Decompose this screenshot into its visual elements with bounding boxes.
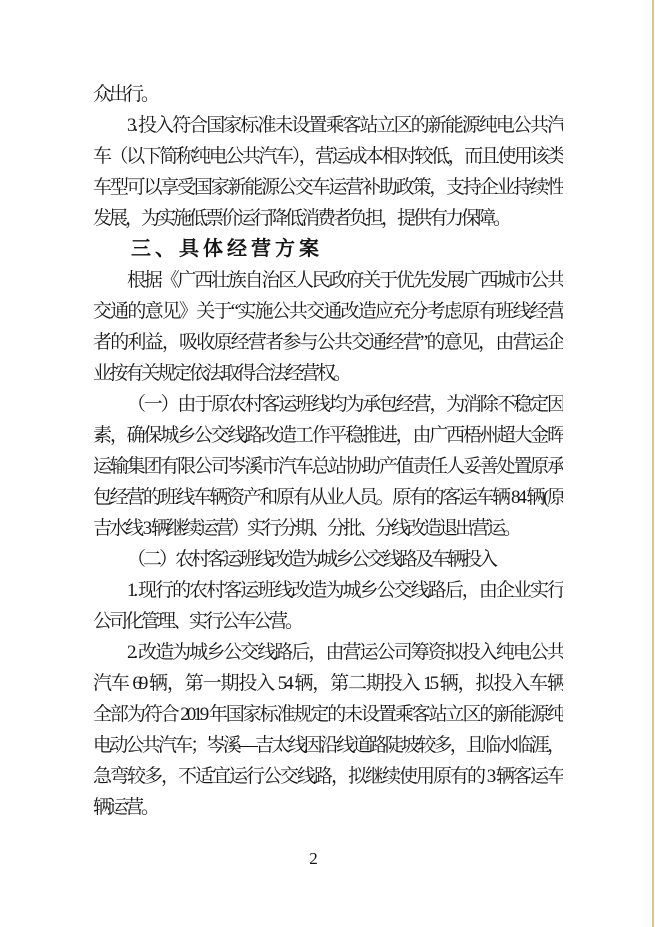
text-line: 公司化管理、实行公车公营。 bbox=[93, 606, 563, 637]
text-line: 车型可以享受国家新能源公交车运营补助政策，支持企业持续性 bbox=[93, 172, 563, 203]
text-line: （一）由于原农村客运班线均为承包经营，为消除不稳定因 bbox=[93, 389, 563, 420]
text-line: 者的利益，吸收原经营者参与公共交通经营”的意见，由营运企 bbox=[93, 327, 563, 358]
text-line: 电动公共汽车；岑溪—吉太线因沿线道路陡坡较多，且临水临涯， bbox=[93, 730, 563, 761]
text-line: 交通的意见》关于“实施公共交通改造应充分考虑原有班线经营 bbox=[93, 296, 563, 327]
text-line: 吉水线 3 辆继续运营）实行分期、分批、分线改造退出营运。 bbox=[93, 513, 563, 544]
text-line: 辆运营。 bbox=[93, 792, 563, 823]
text-line: 运输集团有限公司岑溪市汽车总站协助产值责任人妥善处置原承 bbox=[93, 451, 563, 482]
text-line: （二）农村客运班线改造为城乡公交线路及车辆投入 bbox=[93, 544, 563, 575]
text-line: 2. 改造为城乡公交线路后，由营运公司筹资拟投入纯电公共 bbox=[93, 637, 563, 668]
text-line: 车（以下简称纯电公共汽车），营运成本相对较低，而且使用该类 bbox=[93, 141, 563, 172]
text-line: 众出行。 bbox=[93, 79, 563, 110]
text-line: 全部为符合 2019 年国家标准规定的未设置乘客站立区的新能源纯 bbox=[93, 699, 563, 730]
text-line: 1. 现行的农村客运班线改造为城乡公交线路后，由企业实行 bbox=[93, 575, 563, 606]
page-edge-line bbox=[652, 0, 654, 927]
text-line: 汽车 69 辆，第一期投入 54 辆，第二期投入 15 辆，拟投入车辆 bbox=[93, 668, 563, 699]
text-line: 发展，为实施低票价运行降低消费者负担，提供有力保障。 bbox=[93, 203, 563, 234]
text-line: 包经营的班线车辆资产和原有从业人员。原有的客运车辆 84 辆(原 bbox=[93, 482, 563, 513]
section-heading: 三、具体经营方案 bbox=[93, 234, 563, 265]
page-number: 2 bbox=[0, 849, 627, 869]
text-line: 急弯较多，不适宜运行公交线路，拟继续使用原有的 3 辆客运车 bbox=[93, 761, 563, 792]
document-page: { "page": { "number": "2", "background_c… bbox=[0, 0, 655, 927]
text-line: 业按有关规定依法取得合法经营权。 bbox=[93, 358, 563, 389]
text-line: 根据《广西壮族自治区人民政府关于优先发展广西城市公共 bbox=[93, 265, 563, 296]
text-line: 素，确保城乡公交线路改造工作平稳推进，由广西梧州超大金晖 bbox=[93, 420, 563, 451]
text-line: 3. 投入符合国家标准未设置乘客站立区的新能源纯电公共汽 bbox=[93, 110, 563, 141]
document-body: 众出行。3. 投入符合国家标准未设置乘客站立区的新能源纯电公共汽车（以下简称纯电… bbox=[93, 79, 563, 823]
